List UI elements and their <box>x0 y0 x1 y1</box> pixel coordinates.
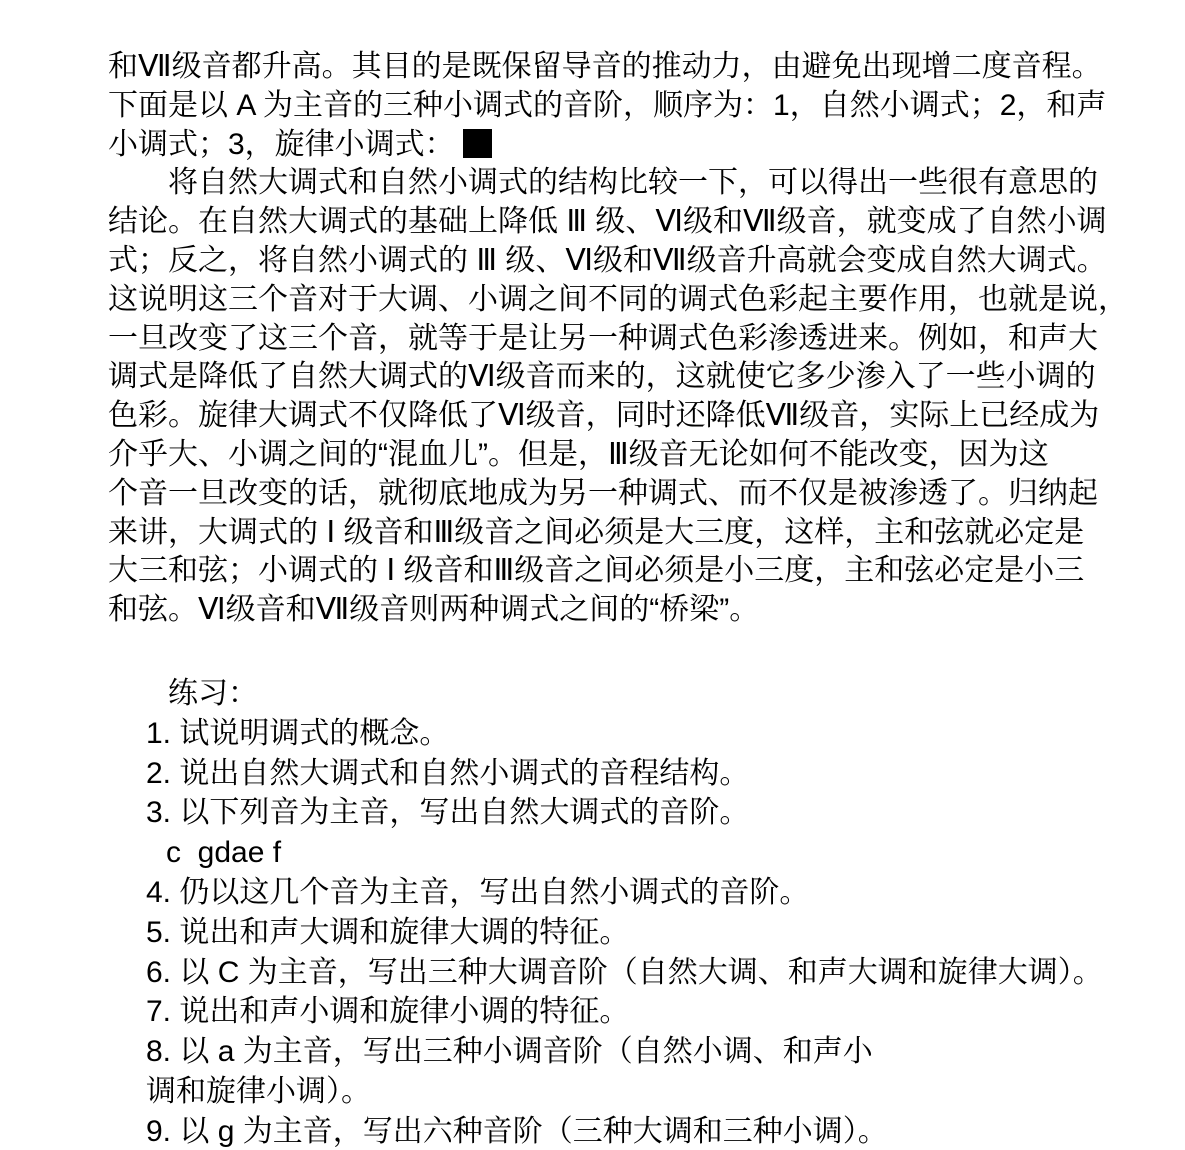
body-line: 下面是以 A 为主音的三种小调式的音阶，顺序为：1，自然小调式；2，和声 <box>108 87 1185 126</box>
body-line: 和弦。Ⅵ级音和Ⅶ级音则两种调式之间的“桥梁”。 <box>108 591 1185 630</box>
body-line: 和Ⅶ级音都升高。其目的是既保留导音的推动力，由避免出现增二度音程。 <box>108 48 1185 87</box>
exercise-item: 5. 说出和声大调和旋律大调的特征。 <box>108 913 1185 953</box>
body-line: 调式是降低了自然大调式的Ⅵ级音而来的，这就使它多少渗入了一些小调的 <box>108 358 1185 397</box>
tonic-note-line: c gdae f <box>108 833 1185 873</box>
exercise-item: 7. 说出和声小调和旋律小调的特征。 <box>108 992 1185 1032</box>
body-line-text: 小调式；3，旋律小调式： <box>108 128 455 161</box>
exercise-item: 6. 以 C 为主音，写出三种大调音阶（自然大调、和声大调和旋律大调）。 <box>108 953 1185 993</box>
exercise-item: 8. 以 a 为主音，写出三种小调音阶（自然小调、和声小 <box>108 1032 1185 1072</box>
exercise-item: 9. 以 g 为主音，写出六种音阶（三种大调和三种小调）。 <box>108 1112 1185 1150</box>
body-line: 将自然大调式和自然小调式的结构比较一下，可以得出一些很有意思的 <box>108 164 1185 203</box>
exercise-item-continuation: 调和旋律小调）。 <box>108 1072 1185 1112</box>
body-line: 个音一旦改变的话，就彻底地成为另一种调式、而不仅是被渗透了。归纳起 <box>108 475 1185 514</box>
body-line: 来讲，大调式的 Ⅰ 级音和Ⅲ级音之间必须是大三度，这样，主和弦就必定是 <box>108 514 1185 553</box>
exercise-item: 3. 以下列音为主音，写出自然大调式的音阶。 <box>108 793 1185 833</box>
exercises-header: 练习： <box>108 674 1185 714</box>
document-page: 和Ⅶ级音都升高。其目的是既保留导音的推动力，由避免出现增二度音程。 下面是以 A… <box>0 0 1185 1150</box>
body-line: 这说明这三个音对于大调、小调之间不同的调式色彩起主要作用，也就是说， <box>108 281 1185 320</box>
exercise-item: 4. 仍以这几个音为主音，写出自然小调式的音阶。 <box>108 873 1185 913</box>
body-line: 小调式；3，旋律小调式： <box>108 126 1185 165</box>
text-block: 和Ⅶ级音都升高。其目的是既保留导音的推动力，由避免出现增二度音程。 下面是以 A… <box>108 48 1185 1150</box>
body-line: 色彩。旋律大调式不仅降低了Ⅵ级音，同时还降低Ⅶ级音，实际上已经成为 <box>108 397 1185 436</box>
exercise-item: 1. 试说明调式的概念。 <box>108 714 1185 754</box>
body-line: 介乎大、小调之间的“混血儿”。但是，Ⅲ级音无论如何不能改变，因为这 <box>108 436 1185 475</box>
body-line: 结论。在自然大调式的基础上降低 Ⅲ 级、Ⅵ级和Ⅶ级音，就变成了自然小调 <box>108 203 1185 242</box>
body-line: 式；反之，将自然小调式的 Ⅲ 级、Ⅵ级和Ⅶ级音升高就会变成自然大调式。 <box>108 242 1185 281</box>
image-placeholder <box>463 129 492 158</box>
body-line: 大三和弦；小调式的 Ⅰ 级音和Ⅲ级音之间必须是小三度，主和弦必定是小三 <box>108 552 1185 591</box>
body-line: 一旦改变了这三个音，就等于是让另一种调式色彩渗透进来。例如，和声大 <box>108 320 1185 359</box>
exercise-item: 2. 说出自然大调式和自然小调式的音程结构。 <box>108 754 1185 794</box>
